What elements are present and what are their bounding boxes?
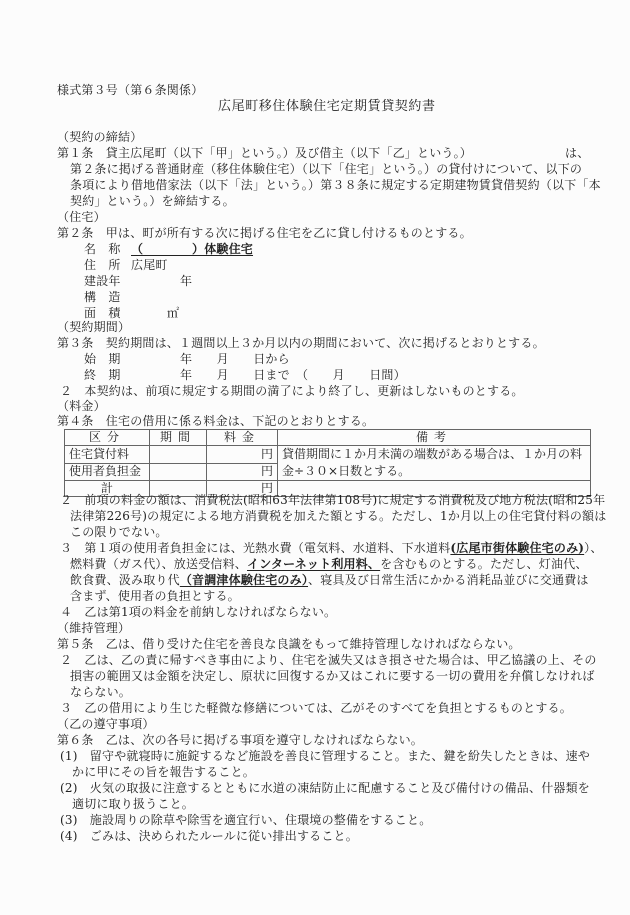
housing-built-unit: 年 [180, 274, 192, 290]
header-note: 備考 [278, 430, 591, 446]
underlined-note-otoshibetsu: （音調津体験住宅のみ） [180, 573, 308, 587]
article-3-paragraph-2: ２ 本契約は、前項に規定する期間の満了により終了し、更新はしないものとする。 [60, 384, 524, 400]
period-end-value: 年 月 日まで （ 月 日間） [180, 368, 406, 384]
article-1-line-1: 第１条 貸主広尾町（以下「甲」という。）及び借主（以下「乙」という。） [57, 146, 472, 162]
article-4-line-1: 第４条 住宅の借用に係る料金は、下記のとおりとする。 [57, 414, 374, 430]
article-6-item-3: (3) 施設周りの除草や除雪を適宜行い、住環境の整備をすること。 [60, 813, 431, 829]
form-label: 様式第３号（第６条関係） [57, 83, 203, 99]
article-6-item-2-line-1: (2) 火気の取扱に注意するとともに水道の凍結防止に配慮すること及び備付けの備品… [60, 781, 590, 797]
header-period: 期間 [150, 430, 207, 446]
article-6-item-1-line-2: かに甲にその旨を報告すること。 [72, 765, 255, 781]
article-5-paragraph-2-line-1: ２ 乙は、乙の責に帰すべき事由により、住宅を滅失又はき損させた場合は、甲乙協議の… [60, 653, 597, 669]
header-amount: 料金 [207, 430, 278, 446]
article-3-line-1: 第３条 契約期間は、１週間以上３か月以内の期間において、次に掲げるとおりとする。 [57, 336, 545, 352]
article-1-line-1-end: は、 [565, 146, 589, 162]
row-category: 住宅貸付料 [65, 446, 150, 464]
housing-address-value: 広尾町 [131, 258, 168, 274]
section-heading-obligations: （乙の遵守事項） [57, 717, 155, 733]
fee-table-header: 区分 期間 料金 備考 [65, 430, 591, 446]
period-start-label: 始 期 [84, 352, 121, 368]
row-category: 使用者負担金 [65, 463, 150, 481]
article-6-item-4: (4) ごみは、決められたルールに従い排出すること。 [60, 829, 358, 845]
article-5-line-1: 第５条 乙は、借り受けた住宅を善良な良識をもって維持管理しなければならない。 [57, 637, 521, 653]
text: 飲食費、汲み取り代 [70, 573, 180, 587]
article-4-paragraph-3-line-1: ３ 第１項の使用者負担金には、光熱水費（電気料、水道料、下水道料(広尾市街体験住… [60, 541, 603, 557]
fee-note: 貸借期間に１か月未満の端数がある場合は、１か月の料金÷３０×日数とする。 [278, 446, 591, 481]
text: を含むものとする。ただし、灯油代、 [380, 557, 587, 571]
section-heading-housing: （住宅） [57, 210, 106, 226]
text: 燃料費（ガス代）、放送受信料、 [70, 557, 247, 571]
underlined-note-hiroo: (広尾市街体験住宅のみ) [450, 541, 584, 555]
housing-name-value: （ ）体験住宅 [131, 242, 253, 258]
housing-address-label: 住 所 [84, 258, 121, 274]
row-period [150, 446, 207, 464]
period-end-label: 終 期 [84, 368, 121, 384]
text: ３ 第１項の使用者負担金には、光熱水費（電気料、水道料、下水道料 [60, 541, 450, 555]
header-category: 区分 [65, 430, 150, 446]
housing-built-label: 建設年 [84, 274, 121, 290]
housing-area-unit: ㎡ [167, 306, 179, 322]
table-row: 住宅貸付料 円 貸借期間に１か月未満の端数がある場合は、１か月の料金÷３０×日数… [65, 446, 591, 464]
article-6-item-1-line-1: (1) 留守や就寝時に施錠するなど施設を善良に管理すること。また、鍵を紛失したと… [60, 749, 590, 765]
underlined-internet-fee: インターネット利用料、 [247, 557, 380, 571]
row-amount: 円 [207, 463, 278, 481]
article-4-paragraph-3-line-4: 含まず、使用者の負担とする。 [70, 589, 240, 605]
article-5-paragraph-2-line-3: ならない。 [70, 685, 131, 701]
article-5-paragraph-3: ３ 乙の借用により生じた軽微な修繕については、乙がそのすべてを負担とするものとす… [60, 701, 572, 717]
text: 、寝具及び日常生活にかかる消耗品並びに交通費は [308, 573, 589, 587]
period-start-value: 年 月 日から [180, 352, 290, 368]
article-4-paragraph-2-line-2: 法律第226号)の規定による地方消費税を加えた額とする。ただし、1か月以上の住宅… [70, 509, 606, 525]
housing-name-label: 名 称 [84, 242, 121, 258]
article-4-paragraph-4: ４ 乙は第1項の料金を前納しなければならない。 [60, 605, 336, 621]
row-amount: 円 [207, 446, 278, 464]
text: ）、 [584, 541, 602, 555]
article-2-line-1: 第２条 甲は、町が所有する次に掲げる住宅を乙に貸し付けるものとする。 [57, 226, 472, 242]
article-4-paragraph-3-line-2: 燃料費（ガス代）、放送受信料、インターネット利用料、を含むものとする。ただし、灯… [70, 557, 588, 573]
fee-table: 区分 期間 料金 備考 住宅貸付料 円 貸借期間に１か月未満の端数がある場合は、… [64, 429, 591, 497]
article-6-line-1: 第６条 乙は、次の各号に掲げる事項を遵守しなければならない。 [57, 733, 423, 749]
article-4-paragraph-3-line-3: 飲食費、汲み取り代（音調津体験住宅のみ）、寝具及び日常生活にかかる消耗品並びに交… [70, 573, 589, 589]
article-1-line-4: 契約」という。）を締結する。 [70, 194, 235, 210]
article-1-line-2: 第２条に掲げる普通財産（移住体験住宅）（以下「住宅」という。）の貸付けについて、… [70, 162, 582, 178]
section-heading-conclusion: （契約の締結） [57, 130, 142, 146]
row-period [150, 463, 207, 481]
section-heading-maintenance: （維持管理） [57, 621, 130, 637]
article-5-paragraph-2-line-2: 損害の範囲又は金額を決定し、原状に回復するか又はこれに要する一切の費用を弁償しな… [70, 669, 595, 685]
section-heading-fees: （料金） [57, 399, 106, 415]
article-4-paragraph-2-line-1: ２ 前項の料金の額は、消費税法(昭和63年法律第108号)に規定する消費税及び地… [60, 493, 605, 509]
housing-structure-label: 構 造 [84, 290, 121, 306]
document-title: 広尾町移住体験住宅定期賃貸契約書 [218, 99, 436, 115]
article-1-line-3: 条項により借地借家法（以下「法」という。）第３８条に規定する定期建物賃貸借契約（… [70, 178, 601, 194]
article-4-paragraph-2-line-3: この限りでない。 [70, 525, 168, 541]
section-heading-period: （契約期間） [57, 320, 130, 336]
article-6-item-2-line-2: 適切に取り扱うこと。 [72, 797, 194, 813]
